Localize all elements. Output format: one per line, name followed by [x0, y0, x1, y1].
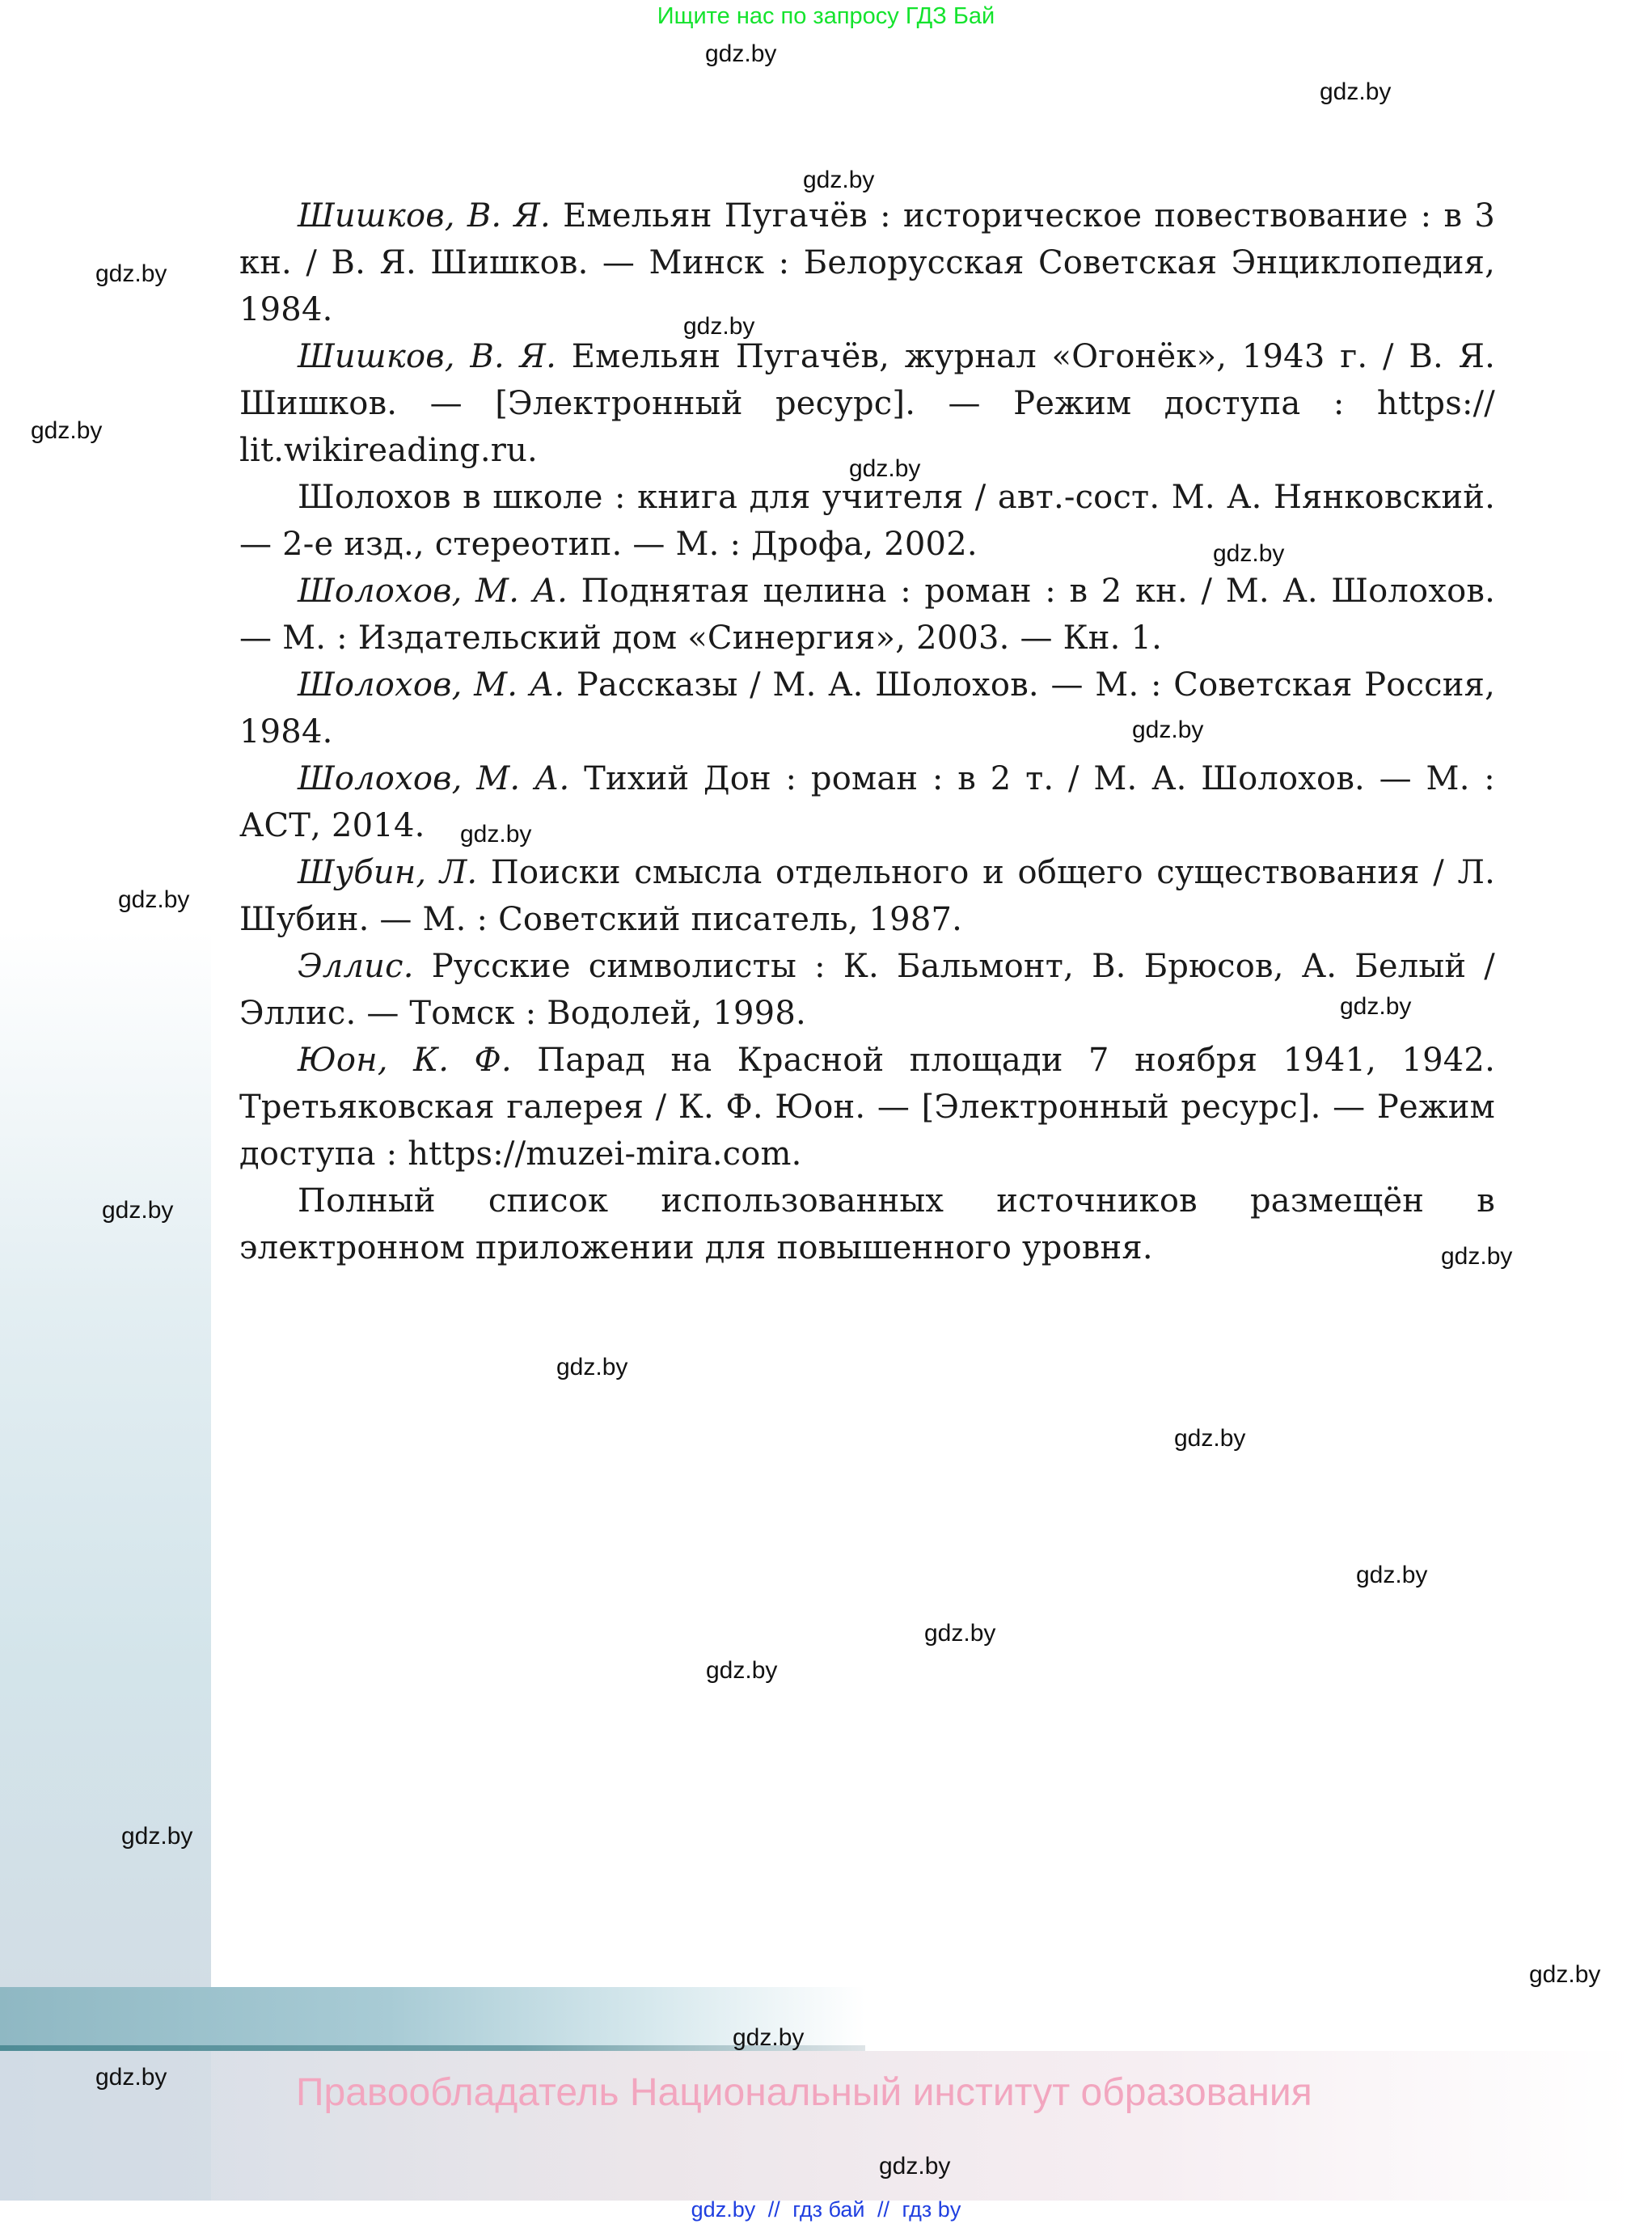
entry-author: Шишков, В. Я.: [298, 338, 556, 375]
watermark: gdz.by: [849, 455, 920, 483]
entry-author: Шолохов, М. А.: [298, 760, 569, 797]
bibliography-entry: Шишков, В. Я. Емельян Пугачёв : историче…: [239, 192, 1495, 333]
bibliography-entry: Шубин, Л. Поиски смысла отдельного и общ…: [239, 849, 1495, 943]
entry-author: Шубин, Л.: [298, 854, 477, 891]
entry-text: Шолохов в школе : книга для учителя / ав…: [239, 479, 1495, 563]
rights-holder-notice: Правообладатель Национальный институт об…: [296, 2070, 1312, 2115]
bibliography-entry: Юон, К. Ф. Парад на Красной площади 7 но…: [239, 1037, 1495, 1178]
watermark: gdz.by: [95, 2064, 167, 2091]
watermark: gdz.by: [803, 167, 874, 194]
watermark: gdz.by: [1320, 78, 1391, 106]
bibliography-entry: Шолохов, М. А. Поднятая целина : роман :…: [239, 568, 1495, 662]
watermark: gdz.by: [1174, 1425, 1245, 1452]
watermark: gdz.by: [733, 2024, 804, 2052]
watermark: gdz.by: [556, 1354, 627, 1381]
footer-links: gdz.by // гдз бай // гдз by: [0, 2197, 1652, 2222]
watermark: gdz.by: [1213, 540, 1284, 568]
footer-link-gdz-by-cyr[interactable]: гдз by: [902, 2197, 961, 2222]
watermark: gdz.by: [118, 886, 189, 914]
watermark: gdz.by: [1340, 993, 1411, 1021]
footer-separator: //: [877, 2197, 889, 2222]
watermark: gdz.by: [879, 2153, 950, 2180]
bibliography-entry: Шолохов, М. А. Тихий Дон : роман : в 2 т…: [239, 755, 1495, 849]
bibliography-entry: Эллис. Русские символисты : К. Бальмонт,…: [239, 943, 1495, 1037]
bibliography-list: Шишков, В. Я. Емельян Пугачёв : историче…: [239, 192, 1495, 1271]
footer-link-gdz-bai[interactable]: гдз бай: [792, 2197, 864, 2222]
bibliography-entry: Шишков, В. Я. Емельян Пугачёв, журнал «О…: [239, 333, 1495, 474]
watermark: gdz.by: [924, 1620, 995, 1647]
entry-author: Юон, К. Ф.: [298, 1042, 512, 1079]
entry-author: Эллис.: [298, 948, 414, 985]
watermark: gdz.by: [95, 260, 167, 288]
watermark: gdz.by: [121, 1823, 192, 1850]
watermark: gdz.by: [706, 1657, 777, 1685]
bibliography-entry: Шолохов в школе : книга для учителя / ав…: [239, 474, 1495, 568]
full-list-note: Полный список использованных источников …: [239, 1178, 1495, 1271]
watermark: gdz.by: [31, 417, 102, 445]
watermark: gdz.by: [1356, 1562, 1427, 1589]
watermark: gdz.by: [683, 313, 754, 340]
entry-text: Полный список использованных источников …: [239, 1182, 1495, 1266]
watermark: gdz.by: [460, 821, 531, 848]
entry-author: Шишков, В. Я.: [298, 197, 551, 235]
entry-text: Русские символисты : К. Бальмонт, В. Брю…: [239, 948, 1495, 1032]
footer-link-gdz-by[interactable]: gdz.by: [691, 2197, 756, 2222]
watermark: gdz.by: [102, 1197, 173, 1224]
watermark: gdz.by: [705, 40, 776, 68]
watermark: gdz.by: [1441, 1243, 1512, 1271]
entry-author: Шолохов, М. А.: [298, 573, 568, 610]
bibliography-entry: Шолохов, М. А. Рассказы / М. А. Шолохов.…: [239, 662, 1495, 755]
footer-separator: //: [768, 2197, 780, 2222]
watermark: gdz.by: [1132, 717, 1203, 744]
watermark: gdz.by: [1529, 1961, 1600, 1989]
entry-author: Шолохов, М. А.: [298, 666, 564, 704]
search-banner: Ищите нас по запросу ГДЗ Бай: [0, 3, 1652, 30]
